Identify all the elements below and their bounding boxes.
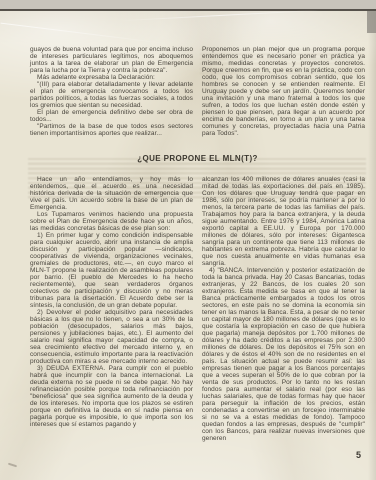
- paper-smudge: [8, 463, 17, 468]
- paragraph: El plan de emergencia definitivo debe se…: [30, 109, 193, 123]
- paragraph: alcanzan los 400 millones de dólares anu…: [202, 176, 365, 267]
- scanned-page: guayos de buena voluntad para que por en…: [0, 0, 376, 480]
- column-right-bottom: alcanzan los 400 millones de dólares anu…: [202, 176, 365, 442]
- paragraph: Proponemos un plan mejor que un programa…: [202, 46, 365, 137]
- paragraph: 4) "BANCA. Intervención y posterior esta…: [202, 267, 365, 442]
- paper-sheet: guayos de buena voluntad para que por en…: [0, 9, 376, 480]
- paragraph: 2) Devolver el poder adquisitivo para ne…: [30, 309, 193, 365]
- paragraph: 3) DEUDA EXTERNA. Para cumplir con el pu…: [30, 365, 193, 428]
- paragraph: "(III) para elaborar detalladamente y ll…: [30, 81, 193, 109]
- paragraph: "Partimos de la base de que todos esos s…: [30, 123, 193, 137]
- page-content: guayos de buena voluntad para que por en…: [30, 46, 365, 442]
- section-heading: ¿QUE PROPONE EL MLN(T)?: [30, 137, 365, 176]
- paragraph: 1) En primer lugar y como condición indi…: [30, 232, 193, 309]
- column-left-top: guayos de buena voluntad para que por en…: [30, 46, 193, 137]
- paragraph: Los Tupamaros venimos haciendo una propu…: [30, 211, 193, 232]
- paragraph: Hace un año entendíamos, y hoy más lo en…: [30, 176, 193, 211]
- paper-crease: [1, 23, 170, 45]
- scan-edge-shadow: [367, 11, 376, 33]
- paragraph: guayos de buena voluntad para que por en…: [30, 46, 193, 74]
- column-left-bottom: Hace un año entendíamos, y hoy más lo en…: [30, 176, 193, 442]
- paper-crease: [120, 10, 320, 21]
- column-right-top: Proponemos un plan mejor que un programa…: [202, 46, 365, 137]
- page-number: 5: [356, 450, 361, 460]
- paragraph: Más adelante expresaba la Declaración:: [30, 74, 193, 81]
